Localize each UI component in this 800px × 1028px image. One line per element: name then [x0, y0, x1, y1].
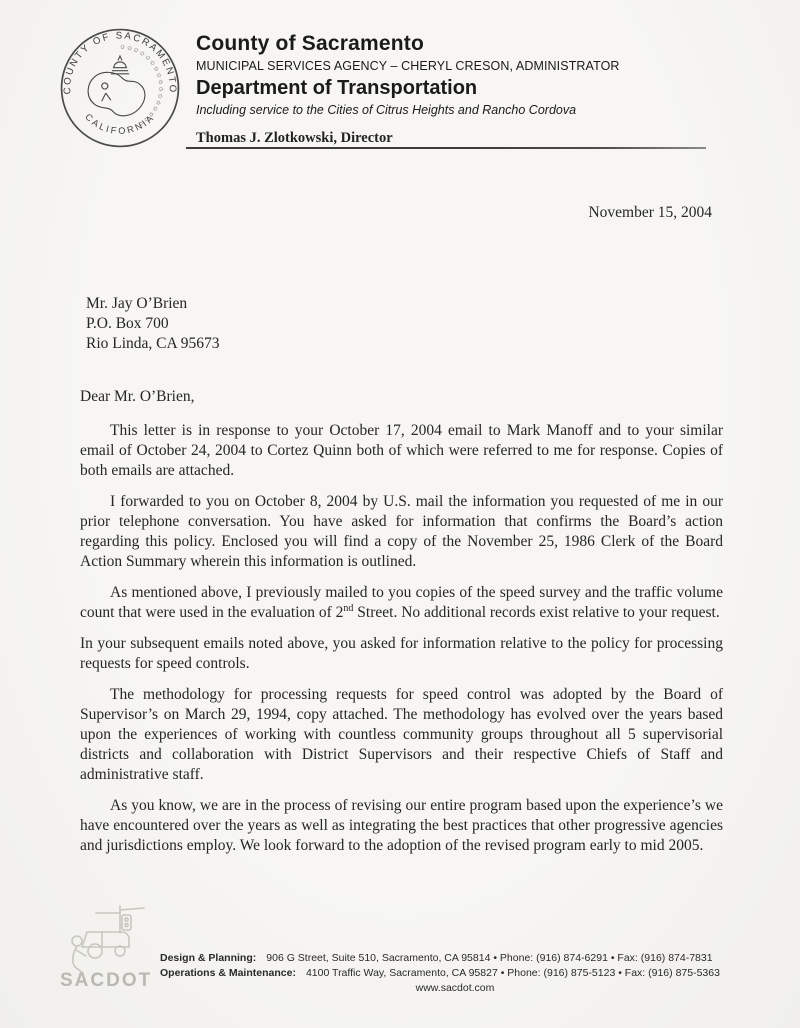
department-name: Department of Transportation [196, 77, 620, 100]
salutation: Dear Mr. O’Brien, [80, 388, 195, 406]
footer-operations-line: Operations & Maintenance:4100 Traffic Wa… [160, 966, 750, 981]
paragraph-3: As mentioned above, I previously mailed … [80, 583, 723, 623]
agency-name: County of Sacramento [196, 32, 620, 56]
county-seal-icon: COUNTY OF SACRAMENTO CALIFORNIA ✩ ✩ ✩ ✩ … [58, 26, 182, 150]
recipient-name: Mr. Jay O’Brien [86, 294, 219, 314]
seal-capitol-art [88, 56, 145, 116]
operations-label: Operations & Maintenance: [160, 967, 306, 979]
website-url: www.sacdot.com [160, 981, 750, 996]
recipient-address: Mr. Jay O’Brien P.O. Box 700 Rio Linda, … [86, 294, 219, 354]
ordinal-superscript: nd [343, 603, 353, 614]
sacdot-logo-icon [56, 903, 162, 975]
recipient-city-state-zip: Rio Linda, CA 95673 [86, 334, 219, 354]
header-divider [186, 147, 706, 149]
sacdot-wordmark: SACDOT [60, 970, 152, 992]
service-tagline: Including service to the Cities of Citru… [196, 103, 620, 117]
operations-contact: 4100 Traffic Way, Sacramento, CA 95827 •… [306, 967, 720, 979]
letter-page: COUNTY OF SACRAMENTO CALIFORNIA ✩ ✩ ✩ ✩ … [0, 0, 800, 1028]
municipal-services-line: MUNICIPAL SERVICES AGENCY – CHERYL CRESO… [196, 59, 620, 73]
paragraph-6: As you know, we are in the process of re… [80, 796, 723, 856]
letter-date: November 15, 2004 [588, 204, 712, 222]
paragraph-4: In your subsequent emails noted above, y… [80, 634, 723, 674]
letter-body: This letter is in response to your Octob… [80, 421, 723, 867]
design-planning-contact: 906 G Street, Suite 510, Sacramento, CA … [266, 952, 712, 964]
director-name: Thomas J. Zlotkowski, Director [196, 130, 620, 147]
paragraph-1: This letter is in response to your Octob… [80, 421, 723, 481]
footer-contact-block: Design & Planning:906 G Street, Suite 51… [160, 951, 750, 996]
recipient-po-box: P.O. Box 700 [86, 314, 219, 334]
footer-design-planning-line: Design & Planning:906 G Street, Suite 51… [160, 951, 750, 966]
paragraph-5: The methodology for processing requests … [80, 685, 723, 785]
paragraph-3-text-after: Street. No additional records exist rela… [353, 604, 719, 621]
paragraph-2: I forwarded to you on October 8, 2004 by… [80, 492, 723, 572]
design-planning-label: Design & Planning: [160, 952, 266, 964]
letterhead: County of Sacramento MUNICIPAL SERVICES … [196, 32, 620, 147]
